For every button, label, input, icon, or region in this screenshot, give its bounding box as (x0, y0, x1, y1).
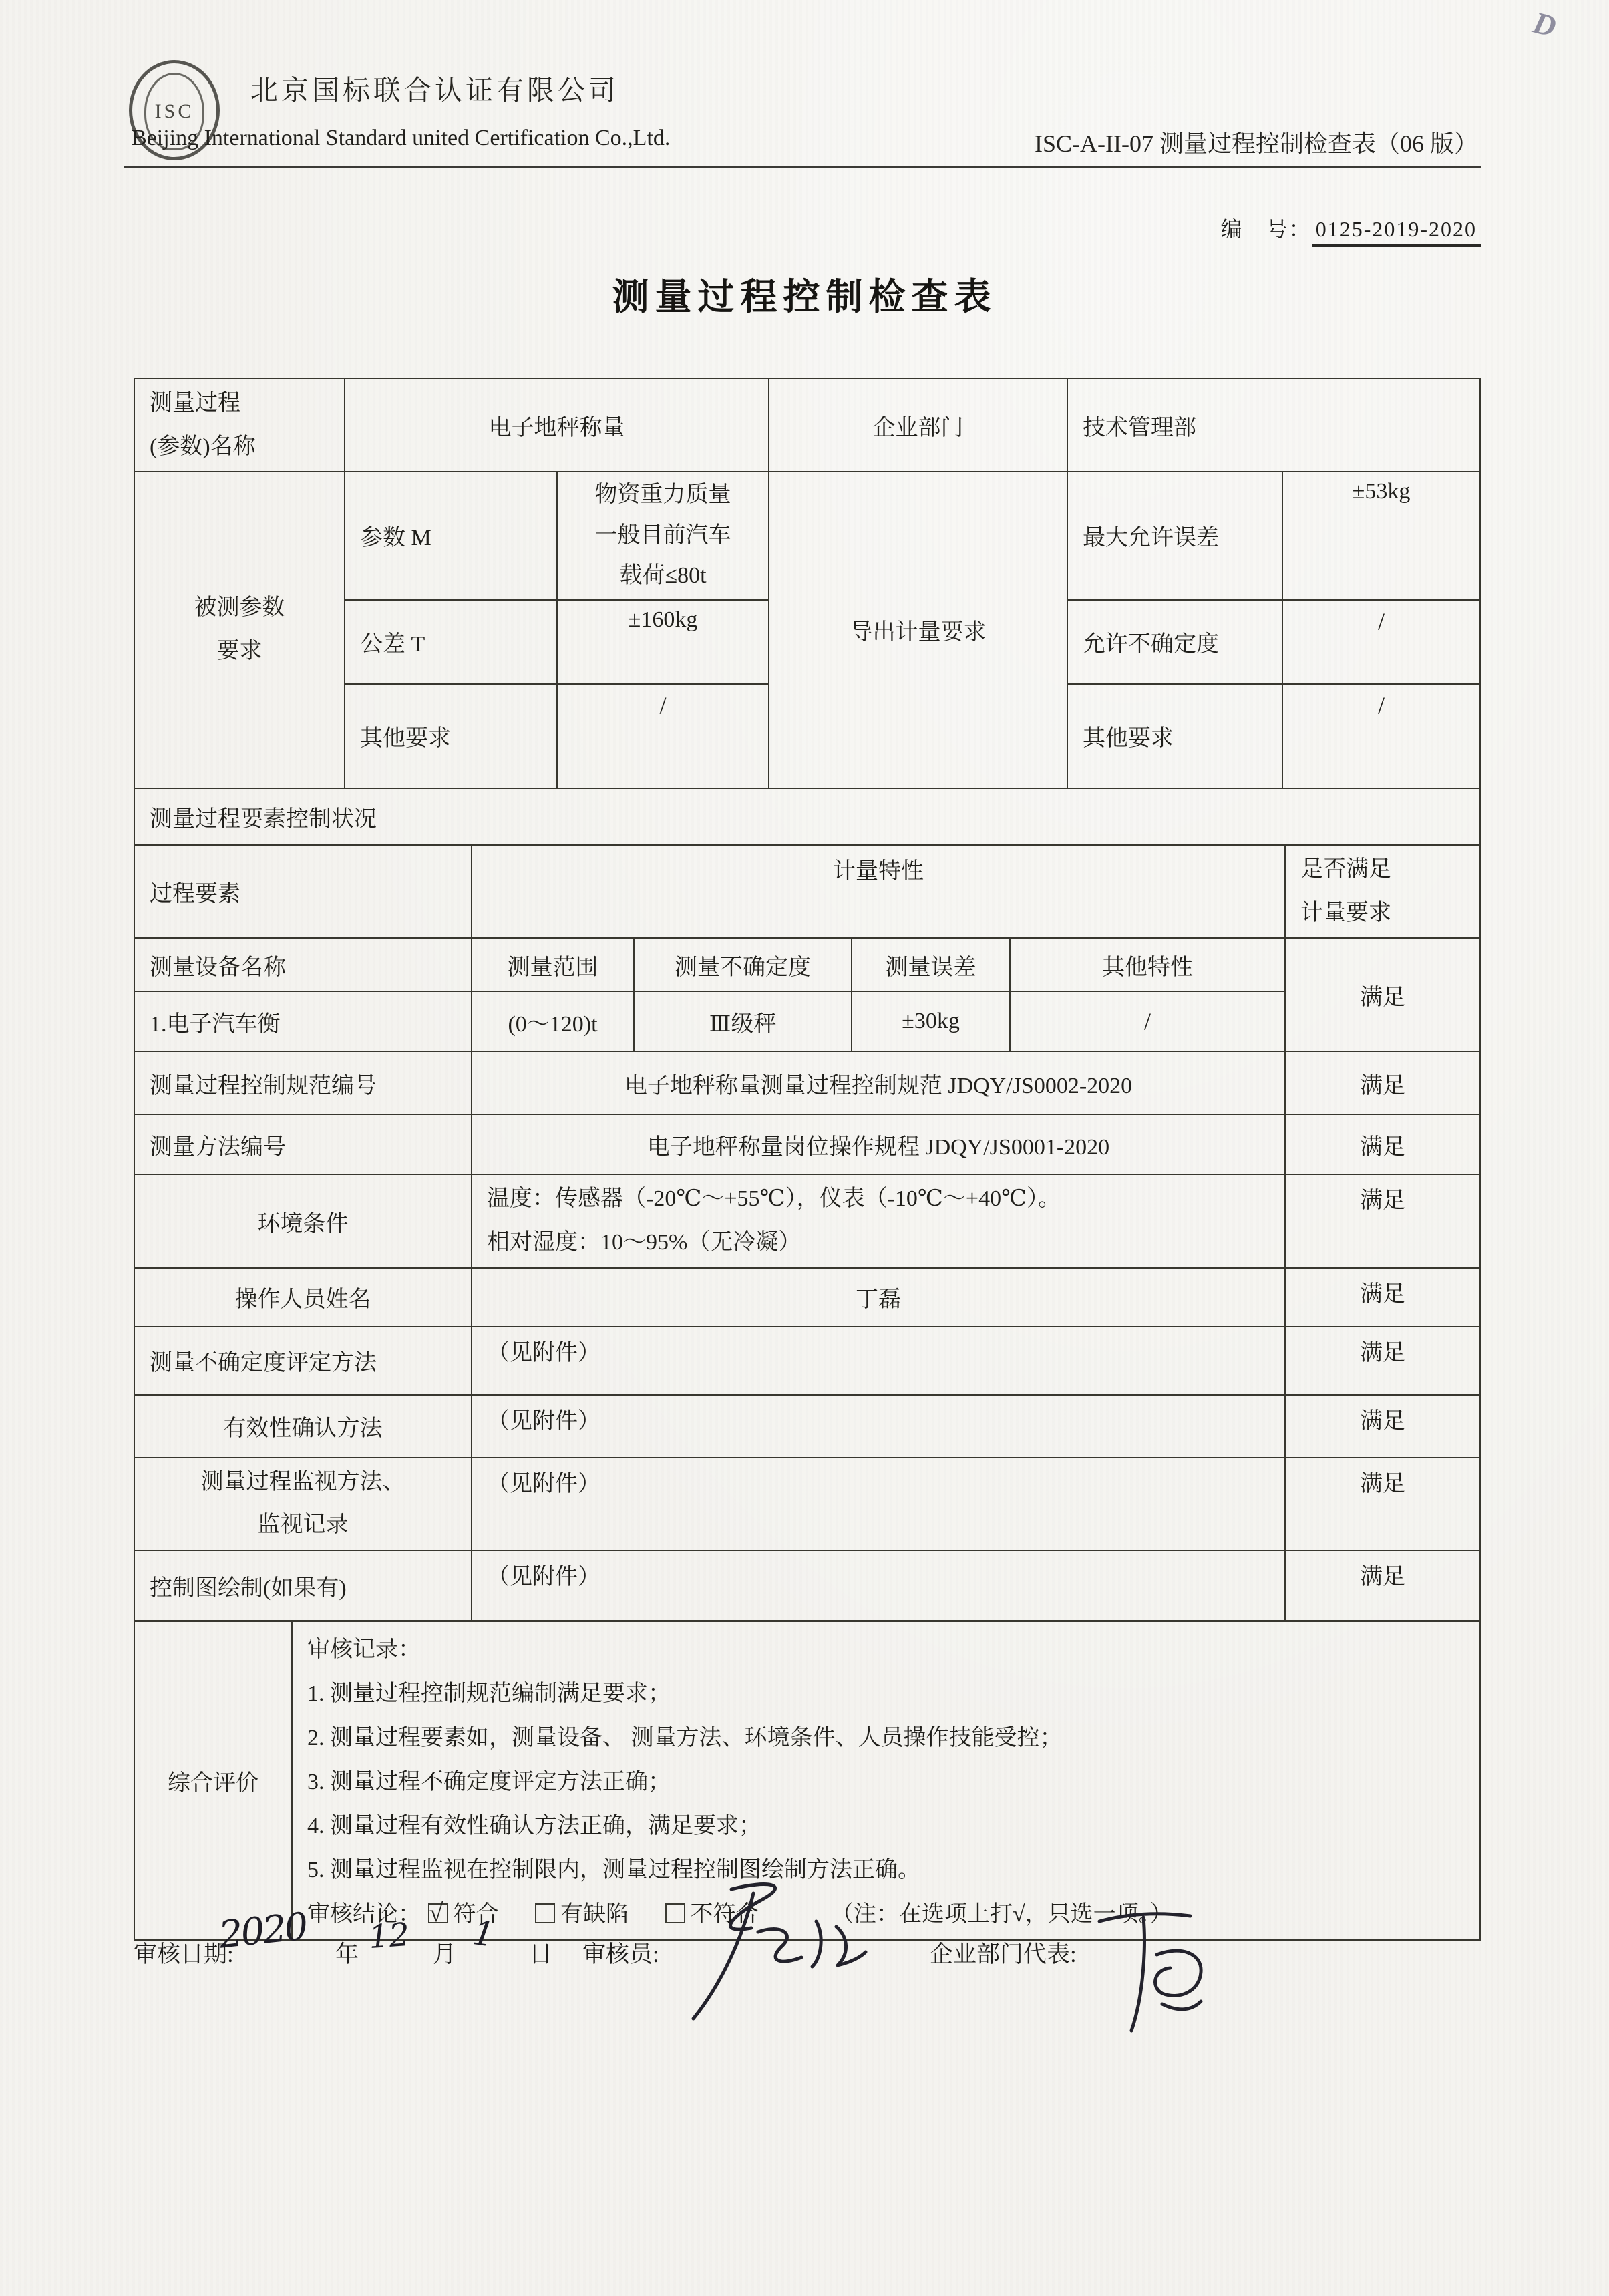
tolerance-label: 公差 T (345, 600, 557, 684)
table-row: 控制图绘制(如果有) （见附件） 满足 (134, 1550, 1480, 1621)
row-label: 有效性确认方法 (134, 1395, 472, 1458)
table-row: 测量设备名称 测量范围 测量不确定度 测量误差 其他特性 满足 (134, 938, 1480, 991)
uncertainty-header: 测量不确定度 (634, 938, 852, 991)
form-code: ISC-A-II-07 测量过程控制检查表（06 版） (1035, 125, 1478, 159)
range-header: 测量范围 (472, 938, 634, 991)
mpe-value: ±53kg (1282, 472, 1480, 600)
derived-requirement-label: 导出计量要求 (769, 472, 1067, 788)
other-requirement2-label: 其他要求 (1067, 684, 1282, 788)
equipment-error: ±30kg (852, 991, 1010, 1051)
param-m-value: 物资重力质量 一般目前汽车 载荷≤80t (557, 472, 769, 600)
row-value: （见附件） (472, 1458, 1285, 1550)
dept-value: 技术管理部 (1067, 379, 1480, 472)
audit-record-title: 审核记录： (307, 1628, 1469, 1672)
section-note: 测量过程要素控制状况 (134, 788, 1480, 846)
table-row: 过程要素 计量特性 是否满足 计量要求 (134, 845, 1480, 938)
table-row: 操作人员姓名 丁磊 满足 (134, 1268, 1480, 1327)
auditor-signature (668, 1877, 888, 2031)
handwritten-day: 1 (470, 1913, 497, 1955)
table-row: 环境条件 温度：传感器（-20℃～+55℃），仪表（-10℃～+40℃）。 相对… (134, 1174, 1480, 1267)
signature-footer: 审核日期: 2020 年 12 月 1 日 审核员: 企业部门代表: (134, 1919, 1509, 2132)
row-value: （见附件） (472, 1550, 1285, 1621)
row-label: 测量方法编号 (134, 1114, 472, 1174)
equipment-uncertainty: Ⅲ级秤 (634, 991, 852, 1051)
table-row: 测量不确定度评定方法 （见附件） 满足 (134, 1327, 1480, 1395)
audit-record-item: 3. 测量过程不确定度评定方法正确； (307, 1760, 1469, 1804)
page-title: 测量过程控制检查表 (0, 267, 1609, 320)
year-suffix: 年 (335, 1936, 359, 1969)
row-satisfy: 满足 (1285, 1268, 1480, 1327)
checklist-table: 测量过程 (参数)名称 电子地秤称量 企业部门 技术管理部 被测参数 要求 参数… (134, 378, 1479, 1941)
company-name-en: Beijing International Standard united Ce… (132, 126, 670, 151)
day-suffix: 日 (529, 1936, 552, 1969)
row-value: （见附件） (472, 1327, 1285, 1395)
evaluation-label: 综合评价 (134, 1621, 292, 1940)
document-header: ISC 北京国标联合认证有限公司 Beijing International S… (124, 57, 1481, 168)
table-row: 测量过程控制规范编号 电子地秤称量测量过程控制规范 JDQY/JS0002-20… (134, 1051, 1480, 1114)
audit-record-item: 4. 测量过程有效性确认方法正确，满足要求； (307, 1804, 1469, 1848)
row-value: 电子地秤称量岗位操作规程 JDQY/JS0001-2020 (472, 1114, 1285, 1174)
table-row: 被测参数 要求 参数 M 物资重力质量 一般目前汽车 载荷≤80t 导出计量要求… (134, 472, 1480, 600)
doc-number-label: 编 号： (1221, 217, 1312, 241)
row-label: 环境条件 (134, 1174, 472, 1267)
param-m-label: 参数 M (345, 472, 557, 600)
other-requirement-label: 其他要求 (345, 684, 557, 788)
dept-rep-signature (1090, 1899, 1224, 2045)
allowed-uncertainty-value: / (1282, 600, 1480, 684)
equipment-name: 1.电子汽车衡 (134, 991, 472, 1051)
dept-label: 企业部门 (769, 379, 1067, 472)
handwritten-corner-mark: D (1530, 5, 1560, 44)
row-label: 测量不确定度评定方法 (134, 1327, 472, 1395)
row-satisfy: 满足 (1285, 1174, 1480, 1267)
equipment-other: / (1010, 991, 1285, 1051)
row-label: 控制图绘制(如果有) (134, 1550, 472, 1621)
row-value: （见附件） (472, 1395, 1285, 1458)
metrological-characteristic-label: 计量特性 (472, 845, 1285, 938)
other-requirement-value: / (557, 684, 769, 788)
company-name-cn: 北京国标联合认证有限公司 (250, 68, 619, 108)
handwritten-year: 2020 (217, 1905, 309, 1957)
audit-record-item: 1. 测量过程控制规范编制满足要求； (307, 1672, 1469, 1716)
doc-number-value: 0125-2019-2020 (1312, 217, 1481, 247)
row-satisfy: 满足 (1285, 1051, 1480, 1114)
row-value: 温度：传感器（-20℃～+55℃），仪表（-10℃～+40℃）。 相对湿度：10… (472, 1174, 1285, 1267)
table-row: 1.电子汽车衡 (0～120)t Ⅲ级秤 ±30kg / (134, 991, 1480, 1051)
other-characteristic-header: 其他特性 (1010, 938, 1285, 991)
equipment-name-header: 测量设备名称 (134, 938, 472, 991)
doc-number: 编 号：0125-2019-2020 (1221, 212, 1481, 243)
equipment-range: (0～120)t (472, 991, 634, 1051)
other-requirement2-value: / (1282, 684, 1480, 788)
table-process-elements: 过程要素 计量特性 是否满足 计量要求 测量设备名称 测量范围 测量不确定度 测… (134, 844, 1481, 1622)
table-row: 测量方法编号 电子地秤称量岗位操作规程 JDQY/JS0001-2020 满足 (134, 1114, 1480, 1174)
handwritten-month: 12 (367, 1916, 411, 1956)
process-name-value: 电子地秤称量 (345, 379, 769, 472)
dept-rep-label: 企业部门代表: (930, 1936, 1077, 1969)
row-label: 测量过程监视方法、 监视记录 (134, 1458, 472, 1550)
table-identification: 测量过程 (参数)名称 电子地秤称量 企业部门 技术管理部 被测参数 要求 参数… (134, 378, 1481, 846)
table-row: 测量过程监视方法、 监视记录 （见附件） 满足 (134, 1458, 1480, 1550)
row-satisfy: 满足 (1285, 1550, 1480, 1621)
tolerance-value: ±160kg (557, 600, 769, 684)
process-name-label: 测量过程 (参数)名称 (134, 379, 345, 472)
process-element-label: 过程要素 (134, 845, 472, 938)
auditor-label: 审核员: (582, 1936, 659, 1969)
row-satisfy: 满足 (1285, 1395, 1480, 1458)
row-value: 丁磊 (472, 1268, 1285, 1327)
allowed-uncertainty-label: 允许不确定度 (1067, 600, 1282, 684)
row-satisfy: 满足 (1285, 1327, 1480, 1395)
table-row: 测量过程 (参数)名称 电子地秤称量 企业部门 技术管理部 (134, 379, 1480, 472)
row-satisfy: 满足 (1285, 1458, 1480, 1550)
row-label: 操作人员姓名 (134, 1268, 472, 1327)
error-header: 测量误差 (852, 938, 1010, 991)
audit-record-item: 2. 测量过程要素如，测量设备、 测量方法、环境条件、人员操作技能受控； (307, 1716, 1469, 1760)
equipment-satisfy: 满足 (1285, 938, 1480, 1051)
measured-param-label: 被测参数 要求 (134, 472, 345, 788)
mpe-label: 最大允许误差 (1067, 472, 1282, 600)
scanned-document-page: D ISC 北京国标联合认证有限公司 Beijing International… (0, 0, 1609, 2296)
audit-date-label: 审核日期: (134, 1936, 234, 1969)
month-suffix: 月 (433, 1936, 456, 1969)
satisfy-header: 是否满足 计量要求 (1285, 845, 1480, 938)
row-label: 测量过程控制规范编号 (134, 1051, 472, 1114)
table-row: 测量过程要素控制状况 (134, 788, 1480, 846)
row-satisfy: 满足 (1285, 1114, 1480, 1174)
table-row: 有效性确认方法 （见附件） 满足 (134, 1395, 1480, 1458)
row-value: 电子地秤称量测量过程控制规范 JDQY/JS0002-2020 (472, 1051, 1285, 1114)
